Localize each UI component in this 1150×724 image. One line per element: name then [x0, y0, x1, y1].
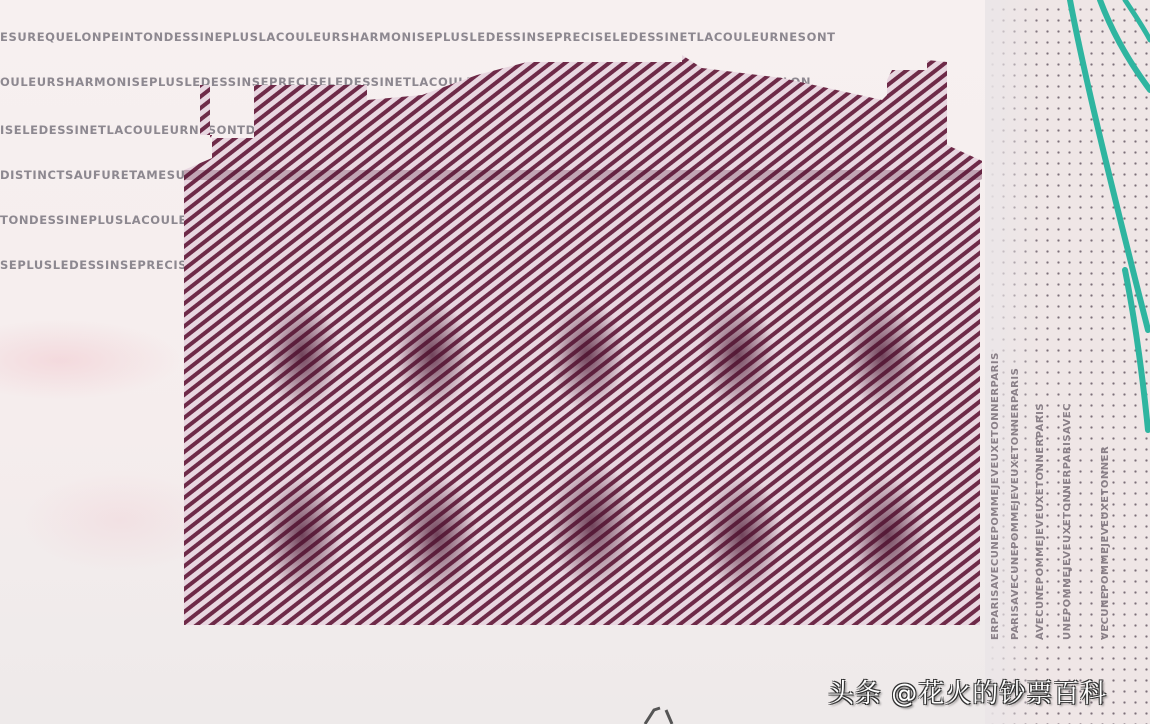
source-watermark: 头条 @花火的钞票百科: [828, 673, 1107, 710]
building-engraving: [182, 40, 982, 625]
teal-guilloche-lines: [1030, 0, 1150, 724]
vertical-microprint: PARISAVECUNEPOMMEJEVEUXETONNERPARIS: [1010, 270, 1021, 640]
vertical-microprint: ERPARISAVECUNEPOMMEJEVEUXETONNERPARIS: [990, 280, 1001, 640]
partial-glyph: [640, 704, 680, 724]
